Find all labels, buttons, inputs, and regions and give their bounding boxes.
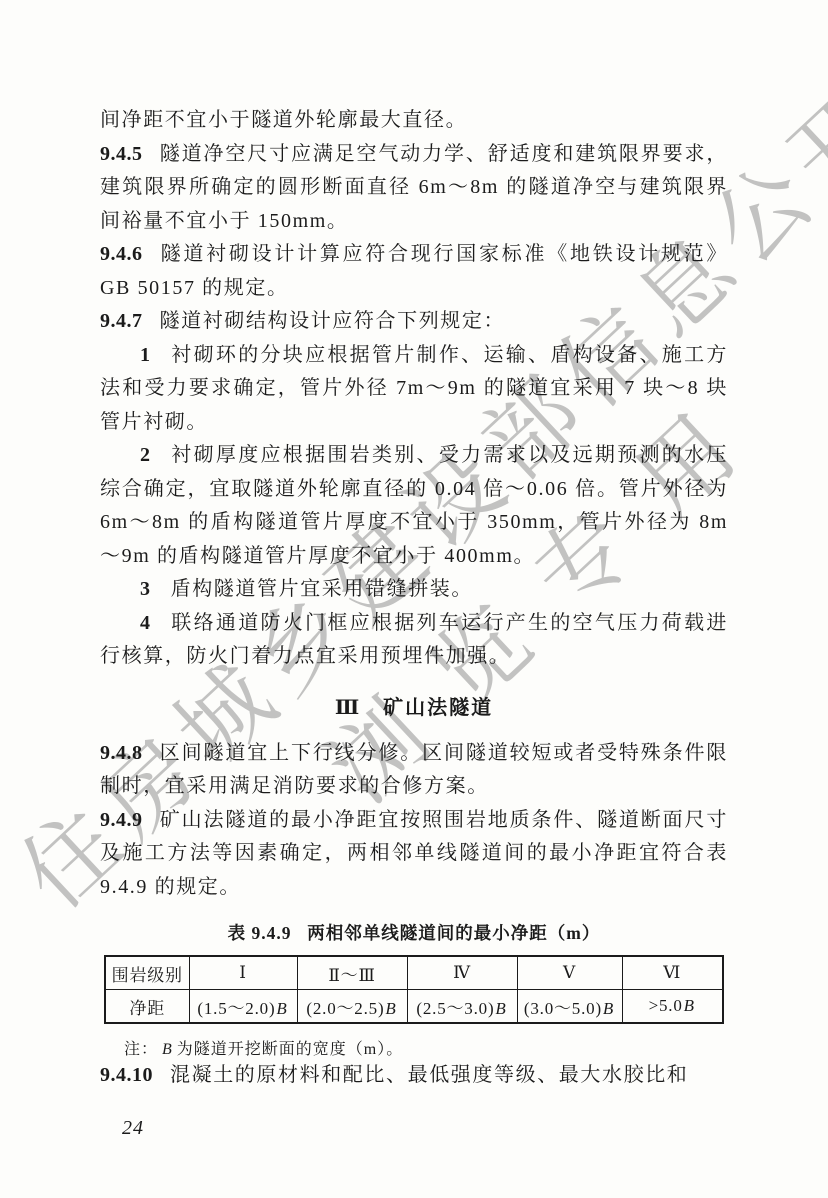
- table-caption: 表 9.4.9两相邻单线隧道间的最小净距（m）: [100, 920, 728, 945]
- item-number: 2: [140, 444, 152, 466]
- table-cell: (3.0～5.0)B: [517, 990, 622, 1024]
- clause-number: 9.4.7: [100, 310, 143, 332]
- clause-number: 9.4.8: [100, 742, 143, 764]
- table-cell: >5.0B: [622, 990, 723, 1024]
- page-number: 24: [122, 1117, 728, 1140]
- table-cell: 净距: [105, 990, 189, 1024]
- section-heading: Ⅲ矿山法隧道: [100, 691, 728, 720]
- list-item-1: 1衬砌环的分块应根据管片制作、运输、盾构设备、施工方法和受力要求确定，管片外径 …: [100, 339, 728, 440]
- table-note-text: 为隧道开挖断面的宽度（m）。: [177, 1041, 403, 1058]
- clause-number: 9.4.9: [100, 809, 143, 831]
- clause-text: 混凝土的原材料和配比、最低强度等级、最大水胶比和: [170, 1064, 688, 1086]
- item-text: 衬砌环的分块应根据管片制作、运输、盾构设备、施工方法和受力要求确定，管片外径 7…: [100, 344, 728, 433]
- clause-9-4-8: 9.4.8区间隧道宜上下行线分修。区间隧道较短或者受特殊条件限制时，宜采用满足消…: [100, 737, 728, 804]
- column-header: Ⅰ: [189, 956, 297, 990]
- item-text: 盾构隧道管片宜采用错缝拼装。: [171, 578, 473, 600]
- clause-text: 隧道衬砌结构设计应符合下列规定：: [160, 310, 506, 332]
- item-text: 联络通道防火门框应根据列车运行产生的空气压力荷载进行核算，防火门着力点宜采用预埋…: [100, 612, 728, 668]
- item-number: 4: [140, 612, 152, 634]
- section-heading-numeral: Ⅲ: [335, 697, 361, 719]
- table-header-row: 围岩级别ⅠⅡ～ⅢⅣⅤⅥ: [105, 956, 723, 990]
- list-item-3: 3盾构隧道管片宜采用错缝拼装。: [100, 573, 728, 607]
- table-data-row: 净距(1.5～2.0)B(2.0～2.5)B(2.5～3.0)B(3.0～5.0…: [105, 990, 723, 1024]
- document-page: 住房城乡建设部信息公开 浏览专用 间净距不宜小于隧道外轮廓最大直径。 9.4.5…: [0, 0, 828, 1198]
- column-header: Ⅴ: [517, 956, 622, 990]
- clause-text: 区间隧道宜上下行线分修。区间隧道较短或者受特殊条件限制时，宜采用满足消防要求的合…: [100, 742, 728, 798]
- table-cell: (1.5～2.0)B: [189, 990, 297, 1024]
- clause-number: 9.4.6: [100, 243, 143, 265]
- clause-number: 9.4.10: [100, 1064, 153, 1086]
- list-item-4: 4联络通道防火门框应根据列车运行产生的空气压力荷载进行核算，防火门着力点宜采用预…: [100, 607, 728, 674]
- clause-9-4-9: 9.4.9矿山法隧道的最小净距宜按照围岩地质条件、隧道断面尺寸及施工方法等因素确…: [100, 804, 728, 905]
- item-number: 1: [140, 344, 152, 366]
- table-cell: (2.5～3.0)B: [407, 990, 517, 1024]
- list-item-2: 2衬砌厚度应根据围岩类别、受力需求以及远期预测的水压综合确定，宜取隧道外轮廓直径…: [100, 439, 728, 573]
- page-content: 间净距不宜小于隧道外轮廓最大直径。 9.4.5隧道净空尺寸应满足空气动力学、舒适…: [0, 0, 828, 1140]
- table-note-label: 注：: [124, 1041, 158, 1058]
- item-text: 衬砌厚度应根据围岩类别、受力需求以及远期预测的水压综合确定，宜取隧道外轮廓直径的…: [100, 444, 728, 567]
- table-note-variable: B: [161, 1041, 174, 1058]
- clause-text: 矿山法隧道的最小净距宜按照围岩地质条件、隧道断面尺寸及施工方法等因素确定，两相邻…: [100, 809, 728, 898]
- table-caption-title: 两相邻单线隧道间的最小净距（m）: [307, 923, 600, 943]
- table-caption-label: 表 9.4.9: [228, 923, 292, 943]
- table-cell: (2.0～2.5)B: [297, 990, 407, 1024]
- column-header: Ⅳ: [407, 956, 517, 990]
- table-note: 注：B为隧道开挖断面的宽度（m）。: [124, 1036, 728, 1059]
- clause-number: 9.4.5: [100, 143, 143, 165]
- clause-9-4-10: 9.4.10混凝土的原材料和配比、最低强度等级、最大水胶比和: [100, 1059, 728, 1093]
- clause-9-4-7: 9.4.7隧道衬砌结构设计应符合下列规定：: [100, 305, 728, 339]
- item-number: 3: [140, 578, 152, 600]
- paragraph-continuation: 间净距不宜小于隧道外轮廓最大直径。: [100, 104, 728, 138]
- column-header: Ⅱ～Ⅲ: [297, 956, 407, 990]
- column-header: 围岩级别: [105, 956, 189, 990]
- section-heading-title: 矿山法隧道: [383, 697, 493, 719]
- column-header: Ⅵ: [622, 956, 723, 990]
- clause-9-4-5: 9.4.5隧道净空尺寸应满足空气动力学、舒适度和建筑限界要求，建筑限界所确定的圆…: [100, 138, 728, 239]
- clause-text: 隧道衬砌设计计算应符合现行国家标准《地铁设计规范》GB 50157 的规定。: [100, 243, 728, 299]
- clause-9-4-6: 9.4.6隧道衬砌设计计算应符合现行国家标准《地铁设计规范》GB 50157 的…: [100, 238, 728, 305]
- min-clear-distance-table: 围岩级别ⅠⅡ～ⅢⅣⅤⅥ 净距(1.5～2.0)B(2.0～2.5)B(2.5～3…: [104, 955, 724, 1024]
- clause-text: 隧道净空尺寸应满足空气动力学、舒适度和建筑限界要求，建筑限界所确定的圆形断面直径…: [100, 143, 728, 232]
